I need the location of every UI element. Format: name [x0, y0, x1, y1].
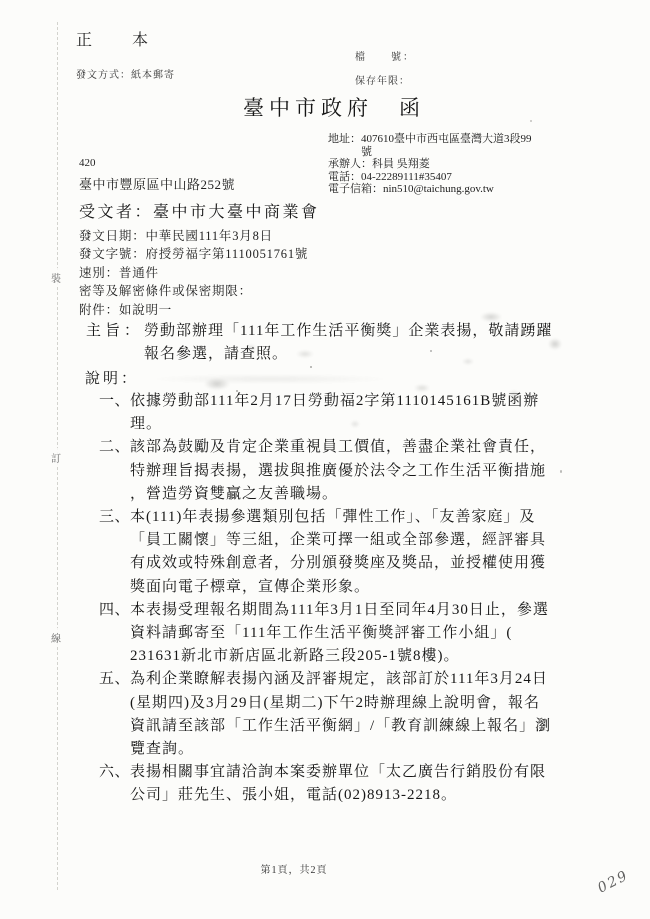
explanation-item-3: 三、 本(111)年表揚參選類別包括「彈性工作」、「友善家庭」及 「員工關懷」等… [99, 506, 551, 599]
agency-email: 電子信箱：nin510@taichung.gov.tw [328, 183, 532, 196]
item-line: 本(111)年表揚參選類別包括「彈性工作」、「友善家庭」及 [130, 506, 546, 529]
subject-label: 主旨： [86, 320, 144, 366]
recipient-address: 臺中市豐原區中山路252號 [79, 174, 235, 193]
subject-line: 勞動部辦理「111年工作生活平衡獎」企業表揚，敬請踴躍 [144, 320, 552, 343]
meta-block: 發文日期：中華民國111年3月8日 發文字號：府授勞福字第1110051761號… [79, 227, 308, 319]
meta-issue-date: 發文日期：中華民國111年3月8日 [79, 227, 308, 245]
item-line: 覽查詢。 [130, 738, 551, 761]
explanation-item-2: 二、 該部為鼓勵及肯定企業重視員工價值，善盡企業社會責任， 特辦理旨揭表揚，選拔… [99, 436, 551, 506]
agency-address-line1: 地址：407610臺中市西屯區臺灣大道3段99 [328, 133, 532, 146]
subject-body: 勞動部辦理「111年工作生活平衡獎」企業表揚，敬請踴躍 報名參選，請查照。 [144, 320, 552, 366]
item-line: 特辦理旨揭表揚，選拔與推廣優於法令之工作生活平衡措施 [130, 460, 546, 483]
item-line: (星期四)及3月29日(星期二)下午2時辦理線上說明會，報名 [130, 692, 551, 715]
send-method-label: 發文方式：紙本郵寄 [76, 66, 175, 81]
item-line: 資料請郵寄至「111年工作生活平衡獎評審工作小組」( [130, 622, 549, 645]
document-title: 臺中市政府 函 [0, 92, 650, 122]
item-text: 為利企業瞭解表揚內涵及評審規定，該部訂於111年3月24日 (星期四)及3月29… [130, 668, 551, 761]
agency-address-line2: 號 [361, 146, 532, 159]
recipient-zip: 420 [79, 157, 96, 169]
item-text: 依據勞動部111年2月17日勞動福2字第1110145161B號函辦 理。 [130, 390, 539, 436]
item-number: 二、 [99, 436, 130, 506]
explanation-items: 一、 依據勞動部111年2月17日勞動福2字第1110145161B號函辦 理。… [99, 390, 551, 808]
item-number: 五、 [99, 668, 130, 761]
subject-line: 報名參選，請查照。 [144, 343, 552, 366]
file-number-label: 檔 號： [355, 48, 415, 63]
binding-mark-bottom: 線 [50, 628, 62, 647]
explanation-item-1: 一、 依據勞動部111年2月17日勞動福2字第1110145161B號函辦 理。 [99, 390, 551, 436]
item-line: 公司」莊先生、張小姐，電話(02)8913-2218。 [130, 784, 546, 807]
page-number-footer: 第1頁，共2頁 [0, 861, 650, 876]
explanation-item-4: 四、 本表揚受理報名期間為111年3月1日至同年4月30日止，參選 資料請郵寄至… [99, 599, 551, 669]
item-text: 該部為鼓勵及肯定企業重視員工價值，善盡企業社會責任， 特辦理旨揭表揚，選拔與推廣… [130, 436, 546, 506]
item-line: 該部為鼓勵及肯定企業重視員工價值，善盡企業社會責任， [130, 436, 546, 459]
item-line: 獎面向電子標章，宣傳企業形象。 [130, 576, 546, 599]
agency-phone: 電話：04-22289111#35407 [328, 171, 532, 184]
explanation-item-5: 五、 為利企業瞭解表揚內涵及評審規定，該部訂於111年3月24日 (星期四)及3… [99, 668, 551, 761]
item-line: 資訊請至該部「工作生活平衡網」/「教育訓練線上報名」瀏 [130, 715, 551, 738]
scan-noise [150, 374, 390, 384]
item-line: 有成效或特殊創意者，分別頒發獎座及獎品，並授權使用獲 [130, 552, 546, 575]
item-number: 三、 [99, 506, 130, 599]
meta-attachment: 附件：如說明一 [79, 301, 308, 319]
agency-officer: 承辦人：科員 吳翔菱 [328, 158, 532, 171]
item-line: 本表揚受理報名期間為111年3月1日至同年4月30日止，參選 [130, 599, 549, 622]
item-line: 「員工關懷」等三組，企業可擇一組或全部參選，經評審具 [130, 529, 546, 552]
explanation-label: 說明： [85, 367, 139, 388]
subject-block: 主旨： 勞動部辦理「111年工作生活平衡獎」企業表揚，敬請踴躍 報名參選，請查照… [86, 320, 552, 366]
item-line: 表揚相關事宜請洽詢本案委辦單位「太乙廣告行銷股份有限 [130, 761, 546, 784]
item-line: 為利企業瞭解表揚內涵及評審規定，該部訂於111年3月24日 [130, 668, 551, 691]
retention-period-label: 保存年限： [355, 72, 410, 87]
meta-speed-class: 速別：普通件 [79, 264, 308, 282]
scan-speck [560, 470, 562, 473]
meta-doc-number: 發文字號：府授勞福字第1110051761號 [79, 245, 308, 263]
item-number: 四、 [99, 599, 130, 669]
item-text: 本表揚受理報名期間為111年3月1日至同年4月30日止，參選 資料請郵寄至「11… [130, 599, 549, 669]
scan-noise [204, 378, 230, 390]
binding-mark-middle: 訂 [50, 448, 62, 467]
agency-contact-block: 地址：407610臺中市西屯區臺灣大道3段99 號 承辦人：科員 吳翔菱 電話：… [328, 133, 532, 196]
item-line: 依據勞動部111年2月17日勞動福2字第1110145161B號函辦 [130, 390, 539, 413]
item-line: ，營造勞資雙贏之友善職場。 [130, 483, 546, 506]
binding-mark-top: 裝 [50, 268, 62, 287]
explanation-item-6: 六、 表揚相關事宜請洽詢本案委辦單位「太乙廣告行銷股份有限 公司」莊先生、張小姐… [99, 761, 551, 807]
official-letter-page: 裝 訂 線 正 本 發文方式：紙本郵寄 檔 號： 保存年限： 臺中市政府 函 地… [0, 0, 650, 919]
item-number: 一、 [99, 390, 130, 436]
item-line: 231631新北市新店區北新路三段205-1號8樓)。 [130, 645, 549, 668]
item-text: 本(111)年表揚參選類別包括「彈性工作」、「友善家庭」及 「員工關懷」等三組，… [130, 506, 546, 599]
item-number: 六、 [99, 761, 130, 807]
meta-security-class: 密等及解密條件或保密期限： [79, 282, 308, 300]
recipient-name-line: 受文者：臺中市大臺中商業會 [79, 199, 320, 222]
item-line: 理。 [130, 413, 539, 436]
item-text: 表揚相關事宜請洽詢本案委辦單位「太乙廣告行銷股份有限 公司」莊先生、張小姐，電話… [130, 761, 546, 807]
copy-type-label: 正 本 [76, 27, 160, 50]
